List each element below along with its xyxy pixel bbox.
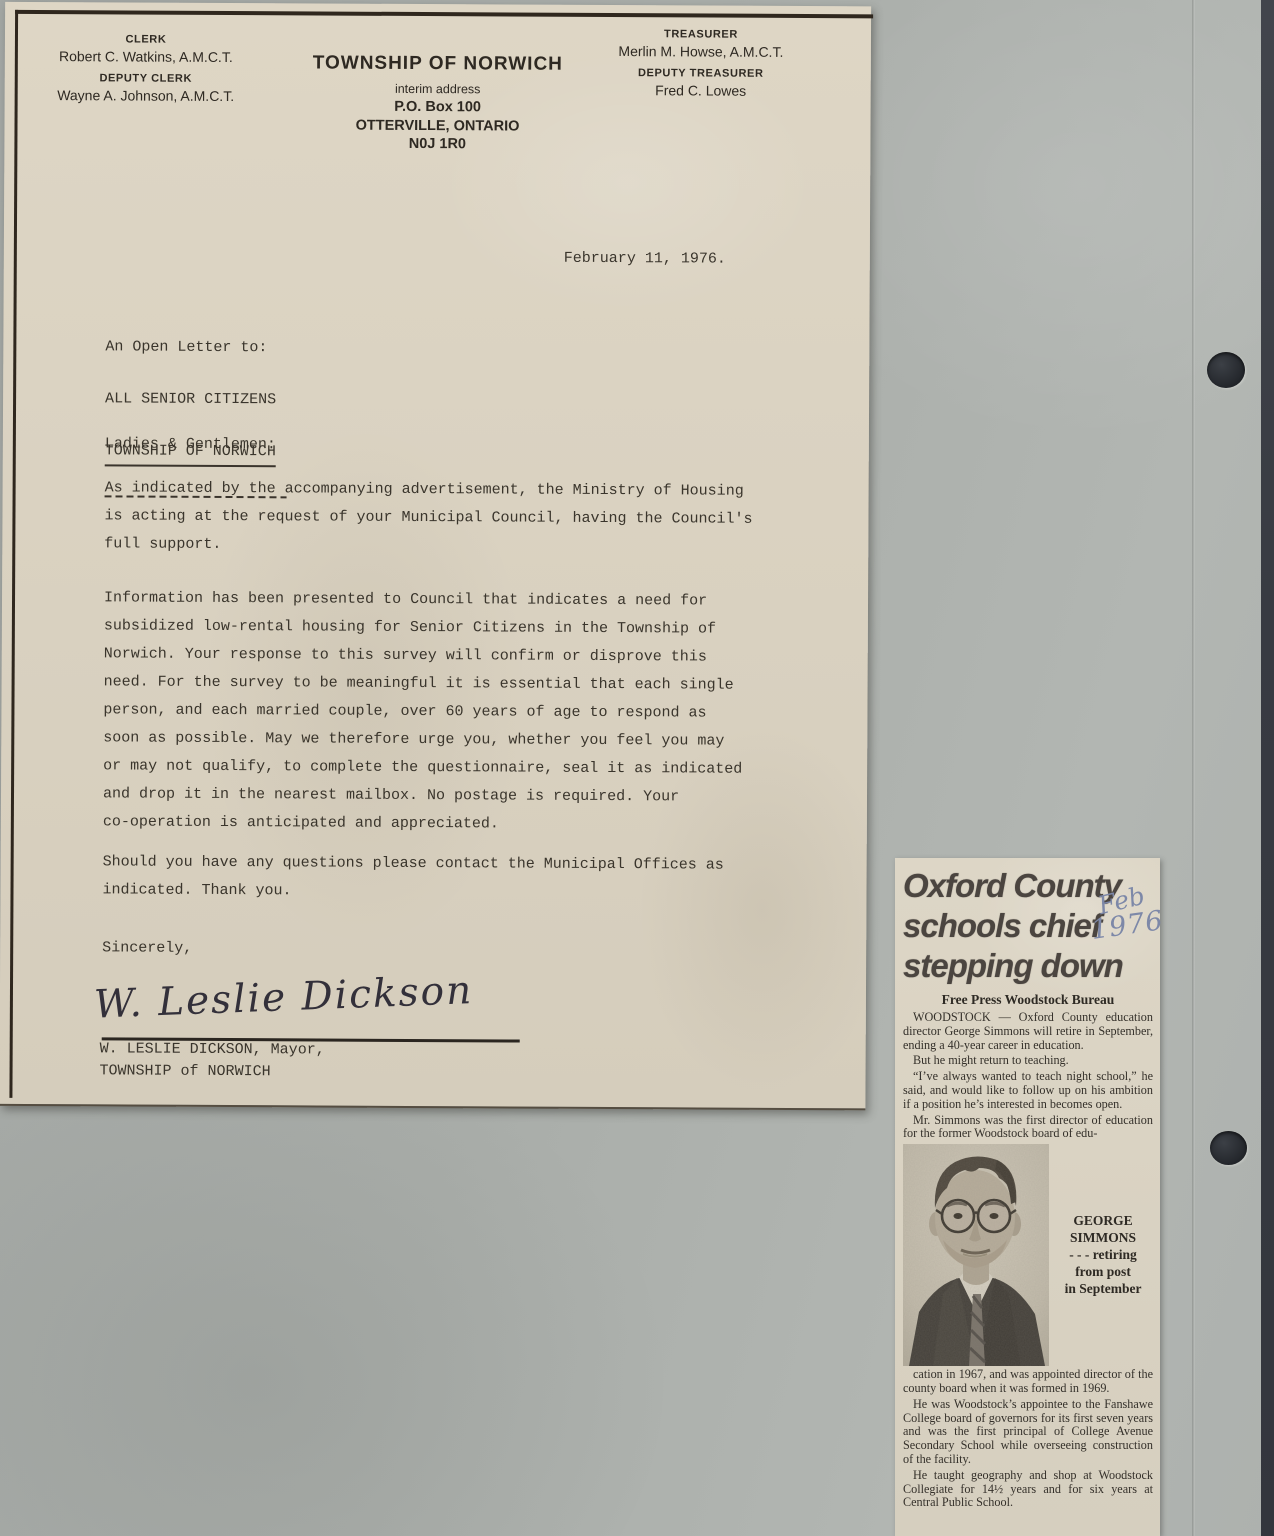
hole-punch-bottom bbox=[1210, 1131, 1247, 1165]
po-box-line: P.O. Box 100 bbox=[288, 97, 588, 117]
letter-date: February 11, 1976. bbox=[564, 245, 726, 274]
binder-edge bbox=[1261, 0, 1274, 1536]
george-simmons-photo bbox=[903, 1144, 1049, 1366]
letterhead-treasurer-block: TREASURER Merlin M. Howse, A.M.C.T. DEPU… bbox=[589, 27, 813, 106]
treasurer-title: TREASURER bbox=[589, 27, 813, 43]
clipping-paragraph: “I’ve always wanted to teach night schoo… bbox=[903, 1070, 1153, 1111]
letter-paragraph-1: As indicated by the accompanying adverti… bbox=[104, 474, 804, 562]
township-letter: CLERK Robert C. Watkins, A.M.C.T. DEPUTY… bbox=[0, 2, 871, 1111]
clipping-byline: Free Press Woodstock Bureau bbox=[903, 992, 1153, 1008]
closing: Sincerely, bbox=[102, 934, 192, 962]
newspaper-clipping: Oxford County schools chief stepping dow… bbox=[895, 858, 1160, 1536]
page-crease bbox=[1192, 0, 1195, 1536]
deputy-clerk-name: Wayne A. Johnson, A.M.C.T. bbox=[43, 86, 249, 106]
hole-punch-top bbox=[1207, 352, 1245, 388]
photo-caption: GEORGE SIMMONS - - - retiring from post … bbox=[1053, 1144, 1153, 1366]
salutation: Ladies & Gentlemen: bbox=[105, 430, 276, 459]
clerk-name: Robert C. Watkins, A.M.C.T. bbox=[43, 47, 249, 67]
mayor-signature: W. Leslie Dickson bbox=[93, 968, 474, 1028]
interim-address-label: interim address bbox=[288, 80, 588, 99]
clipping-paragraph: Mr. Simmons was the first director of ed… bbox=[903, 1114, 1153, 1142]
photo-row: GEORGE SIMMONS - - - retiring from post … bbox=[903, 1144, 1153, 1366]
recipient-line-1: An Open Letter to: bbox=[105, 334, 287, 361]
clipping-paragraph: WOODSTOCK — Oxford County education dire… bbox=[903, 1011, 1153, 1052]
letter-paragraph-2: Information has been presented to Counci… bbox=[103, 584, 804, 840]
clipping-paragraph: But he might return to teaching. bbox=[903, 1054, 1153, 1068]
clipping-body-top: WOODSTOCK — Oxford County education dire… bbox=[903, 1011, 1153, 1141]
letterhead-center-block: TOWNSHIP OF NORWICH interim address P.O.… bbox=[287, 51, 588, 154]
clipping-paragraph: cation in 1967, and was appointed direct… bbox=[903, 1368, 1153, 1396]
scrapbook-page: CLERK Robert C. Watkins, A.M.C.T. DEPUTY… bbox=[0, 0, 1274, 1536]
recipient-line-2: ALL SENIOR CITIZENS bbox=[105, 386, 287, 413]
postal-code-line: N0J 1R0 bbox=[287, 134, 587, 154]
clipping-body-bottom: cation in 1967, and was appointed direct… bbox=[903, 1368, 1153, 1510]
clipping-paragraph: He was Woodstock’s appointee to the Fans… bbox=[903, 1398, 1153, 1467]
township-title: TOWNSHIP OF NORWICH bbox=[288, 51, 588, 77]
treasurer-name: Merlin M. Howse, A.M.C.T. bbox=[589, 42, 813, 62]
signer-name: W. LESLIE DICKSON, Mayor, bbox=[100, 1038, 325, 1061]
deputy-treasurer-name: Fred C. Lowes bbox=[589, 81, 813, 101]
clerk-title: CLERK bbox=[43, 32, 249, 48]
letterhead-clerk-block: CLERK Robert C. Watkins, A.M.C.T. DEPUTY… bbox=[43, 32, 249, 111]
city-line: OTTERVILLE, ONTARIO bbox=[287, 116, 587, 136]
signer-org: TOWNSHIP of NORWICH bbox=[100, 1060, 271, 1083]
deputy-clerk-title: DEPUTY CLERK bbox=[43, 71, 249, 87]
deputy-treasurer-title: DEPUTY TREASURER bbox=[589, 66, 813, 82]
letter-paragraph-3: Should you have any questions please con… bbox=[102, 848, 802, 908]
clipping-paragraph: He taught geography and shop at Woodstoc… bbox=[903, 1469, 1153, 1510]
